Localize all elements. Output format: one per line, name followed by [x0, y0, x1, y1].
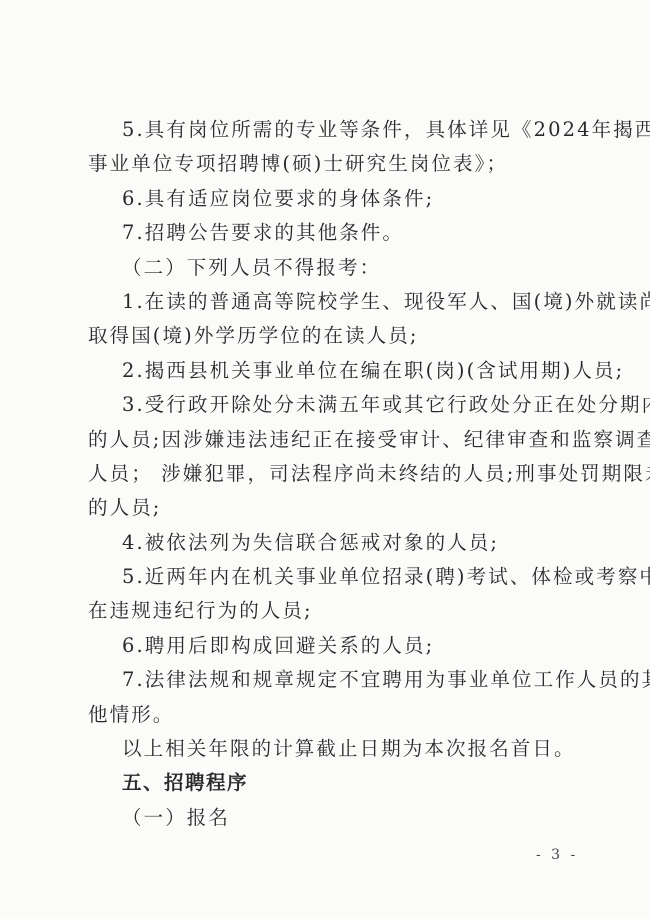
document-page: 5.具有岗位所需的专业等条件，具体详见《2024年揭西县 事业单位专项招聘博(硕…	[88, 113, 574, 835]
paragraph-line-ineligible-2: 2.揭西县机关事业单位在编在职(岗)(含试用期)人员;	[88, 354, 574, 388]
subsection-title-ineligible: （二）下列人员不得报考：	[88, 251, 574, 285]
paragraph-line-ineligible-7: 7.法律法规和规章规定不宜聘用为事业单位工作人员的其	[88, 663, 574, 697]
paragraph-line-ineligible-3-cont-a: 的人员;因涉嫌违法违纪正在接受审计、纪律审查和监察调查的	[88, 423, 574, 457]
paragraph-line-ineligible-1-cont: 取得国(境)外学历学位的在读人员;	[88, 319, 574, 353]
paragraph-line-requirement-7: 7.招聘公告要求的其他条件。	[88, 216, 574, 250]
paragraph-line-ineligible-6: 6.聘用后即构成回避关系的人员;	[88, 629, 574, 663]
paragraph-line-ineligible-4: 4.被依法列为失信联合惩戒对象的人员;	[88, 526, 574, 560]
paragraph-line-requirement-6: 6.具有适应岗位要求的身体条件;	[88, 182, 574, 216]
paragraph-line-deadline-note: 以上相关年限的计算截止日期为本次报名首日。	[88, 732, 574, 766]
paragraph-line-ineligible-3-cont-b: 人员； 涉嫌犯罪，司法程序尚未终结的人员;刑事处罚期限未满	[88, 457, 574, 491]
subsection-title-registration: （一）报名	[88, 801, 574, 835]
paragraph-line-ineligible-3-cont-c: 的人员;	[88, 491, 574, 525]
section-heading-recruitment-procedure: 五、招聘程序	[88, 766, 574, 800]
page-number: - 3 -	[536, 847, 578, 863]
paragraph-line-requirement-5: 5.具有岗位所需的专业等条件，具体详见《2024年揭西县	[88, 113, 574, 147]
paragraph-line-ineligible-5: 5.近两年内在机关事业单位招录(聘)考试、体检或考察中存	[88, 560, 574, 594]
paragraph-line-ineligible-7-cont: 他情形。	[88, 698, 574, 732]
paragraph-line-ineligible-1: 1.在读的普通高等院校学生、现役军人、国(境)外就读尚未	[88, 285, 574, 319]
paragraph-line-ineligible-3: 3.受行政开除处分未满五年或其它行政处分正在处分期内	[88, 388, 574, 422]
paragraph-line-requirement-5-cont: 事业单位专项招聘博(硕)士研究生岗位表》；	[88, 147, 574, 181]
paragraph-line-ineligible-5-cont: 在违规违纪行为的人员;	[88, 594, 574, 628]
